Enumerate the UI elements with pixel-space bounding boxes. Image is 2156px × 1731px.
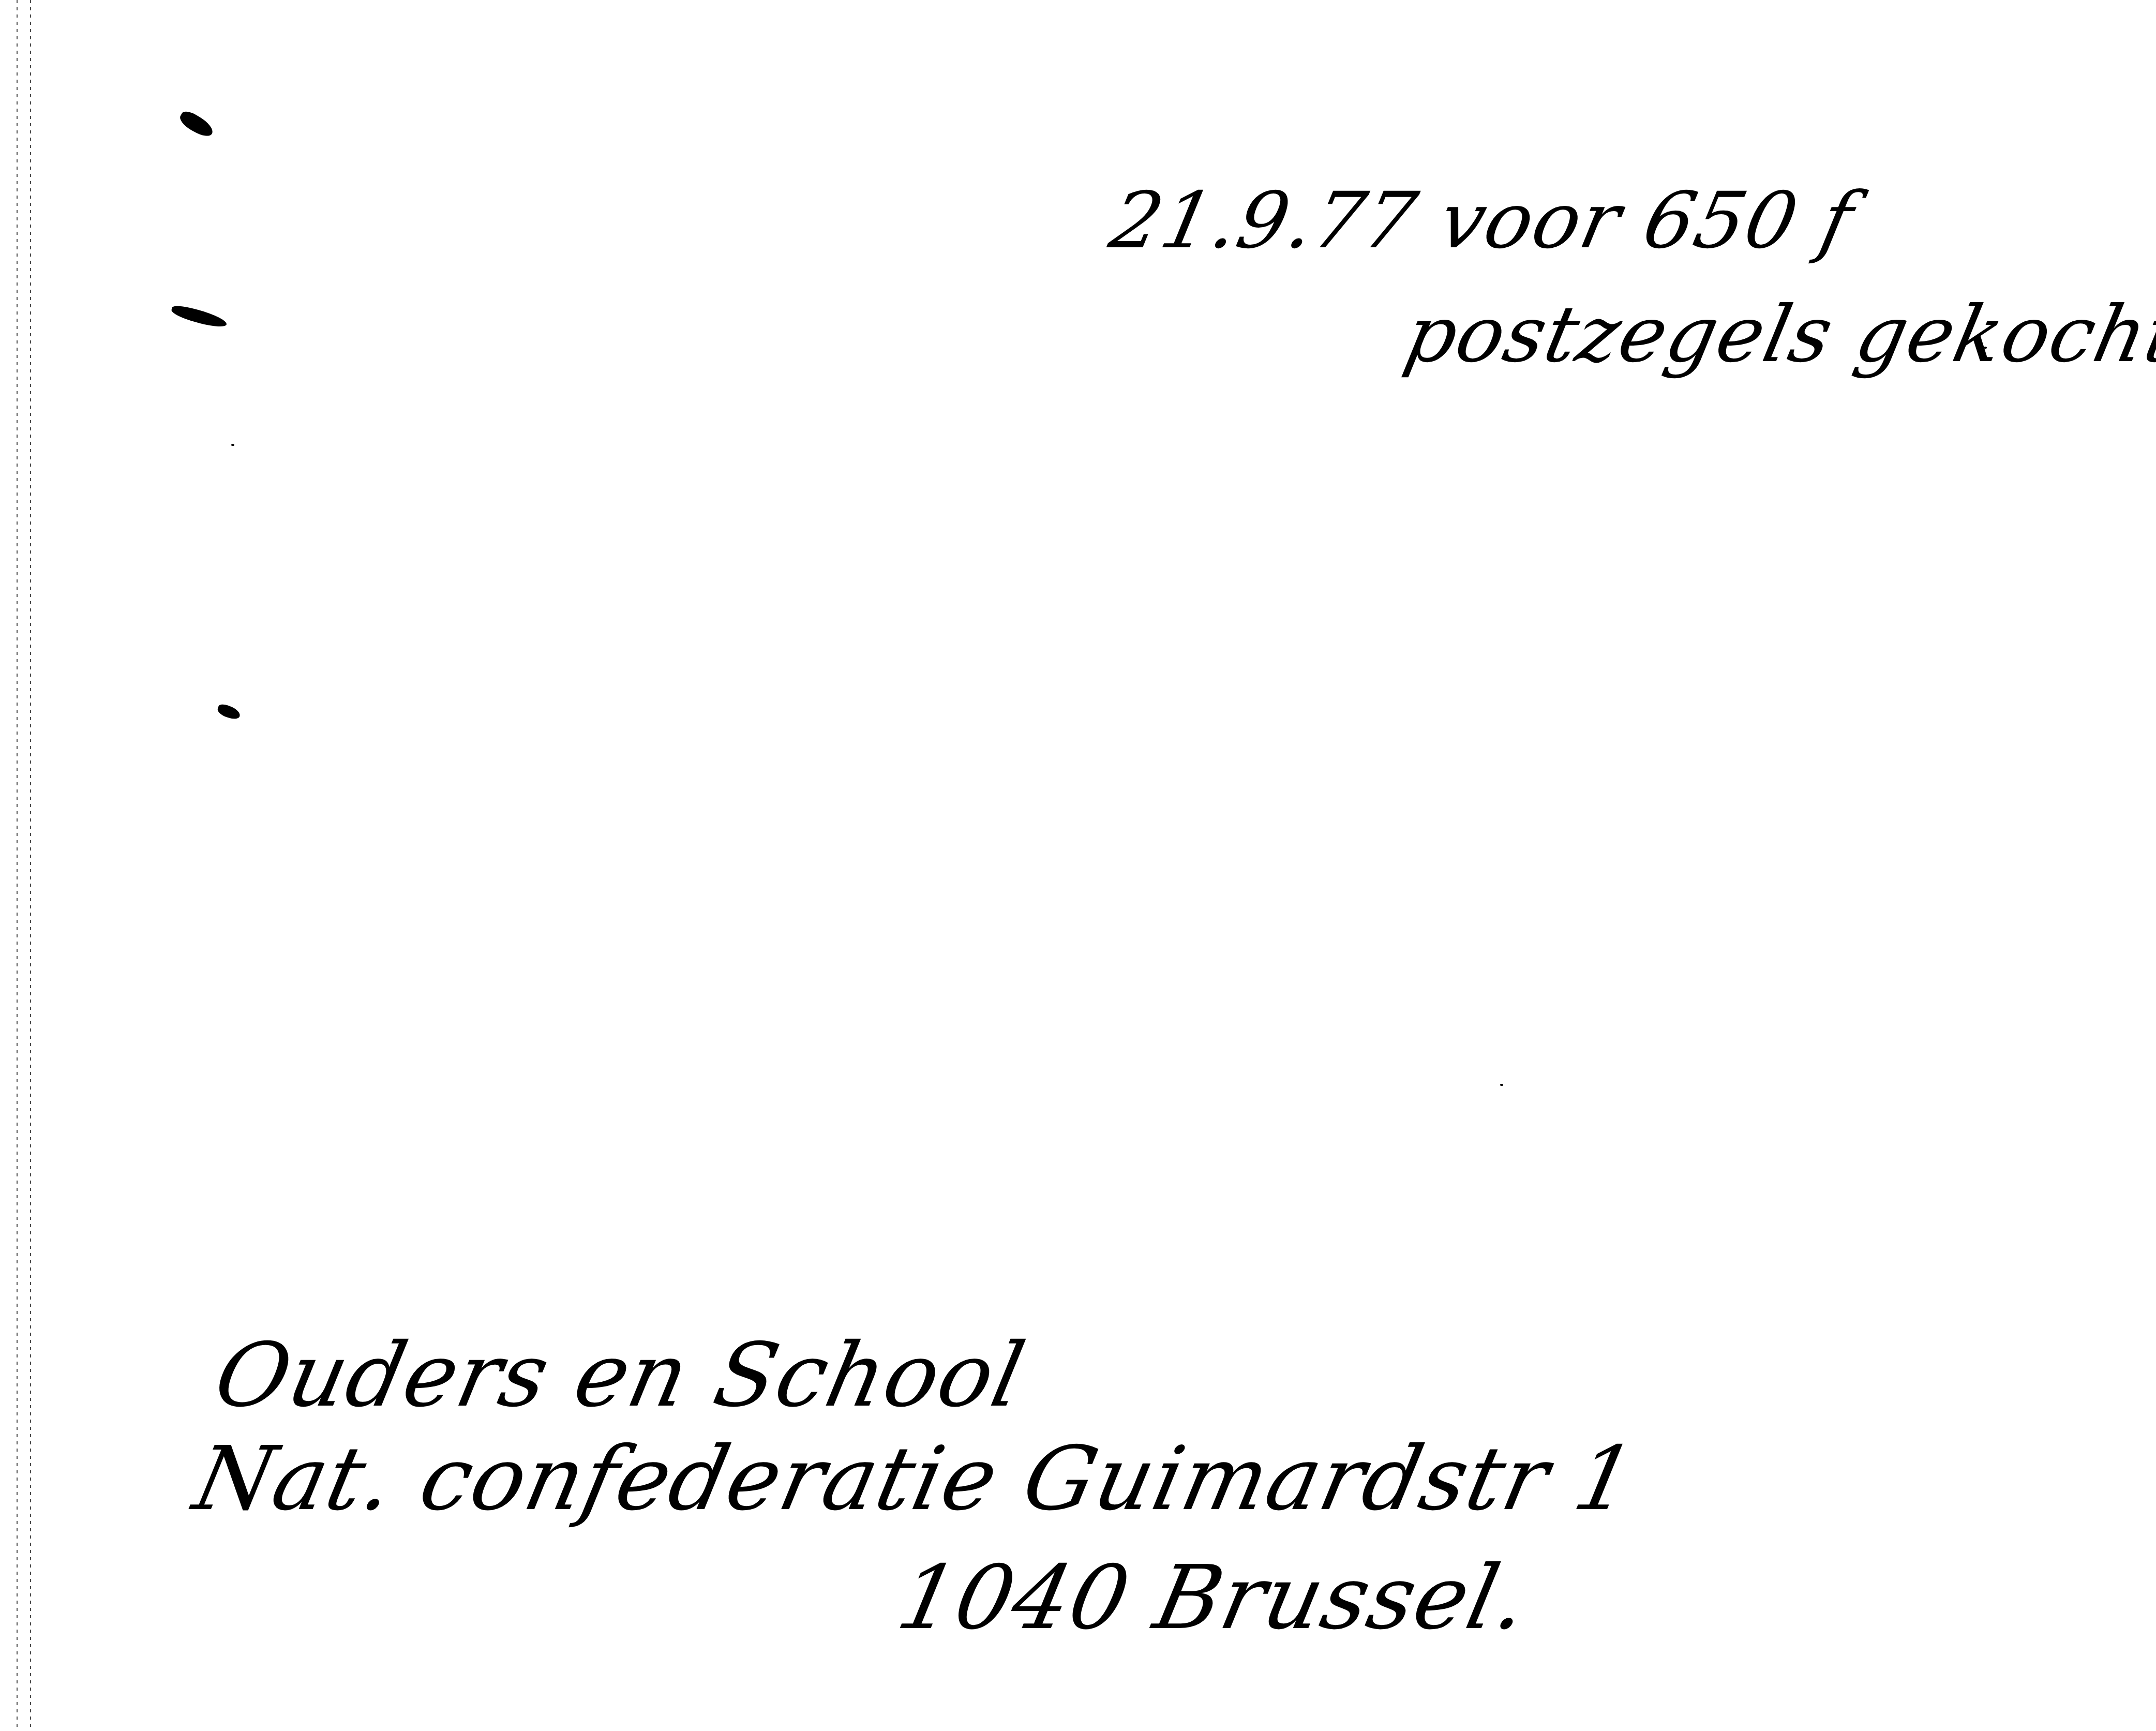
speck	[231, 444, 234, 446]
note-description: postzegels gekocht.	[1398, 290, 2156, 380]
ink-smudge	[170, 303, 228, 330]
ink-smudge	[216, 703, 242, 721]
scan-edge-line	[17, 0, 18, 1731]
address-city: 1040 Brussel.	[889, 1547, 1538, 1649]
scanned-page: 21.9.77 voor 650 f postzegels gekocht. O…	[0, 0, 2156, 1731]
address-organization: Ouders en School	[206, 1324, 1034, 1427]
ink-smudge	[177, 109, 216, 140]
address-street: Nat. confederatie Guimardstr 1	[186, 1428, 1644, 1530]
scan-edge-line	[30, 0, 31, 1731]
note-date-amount: 21.9.77 voor 650 f	[1103, 176, 1862, 266]
speck	[1500, 1084, 1503, 1086]
